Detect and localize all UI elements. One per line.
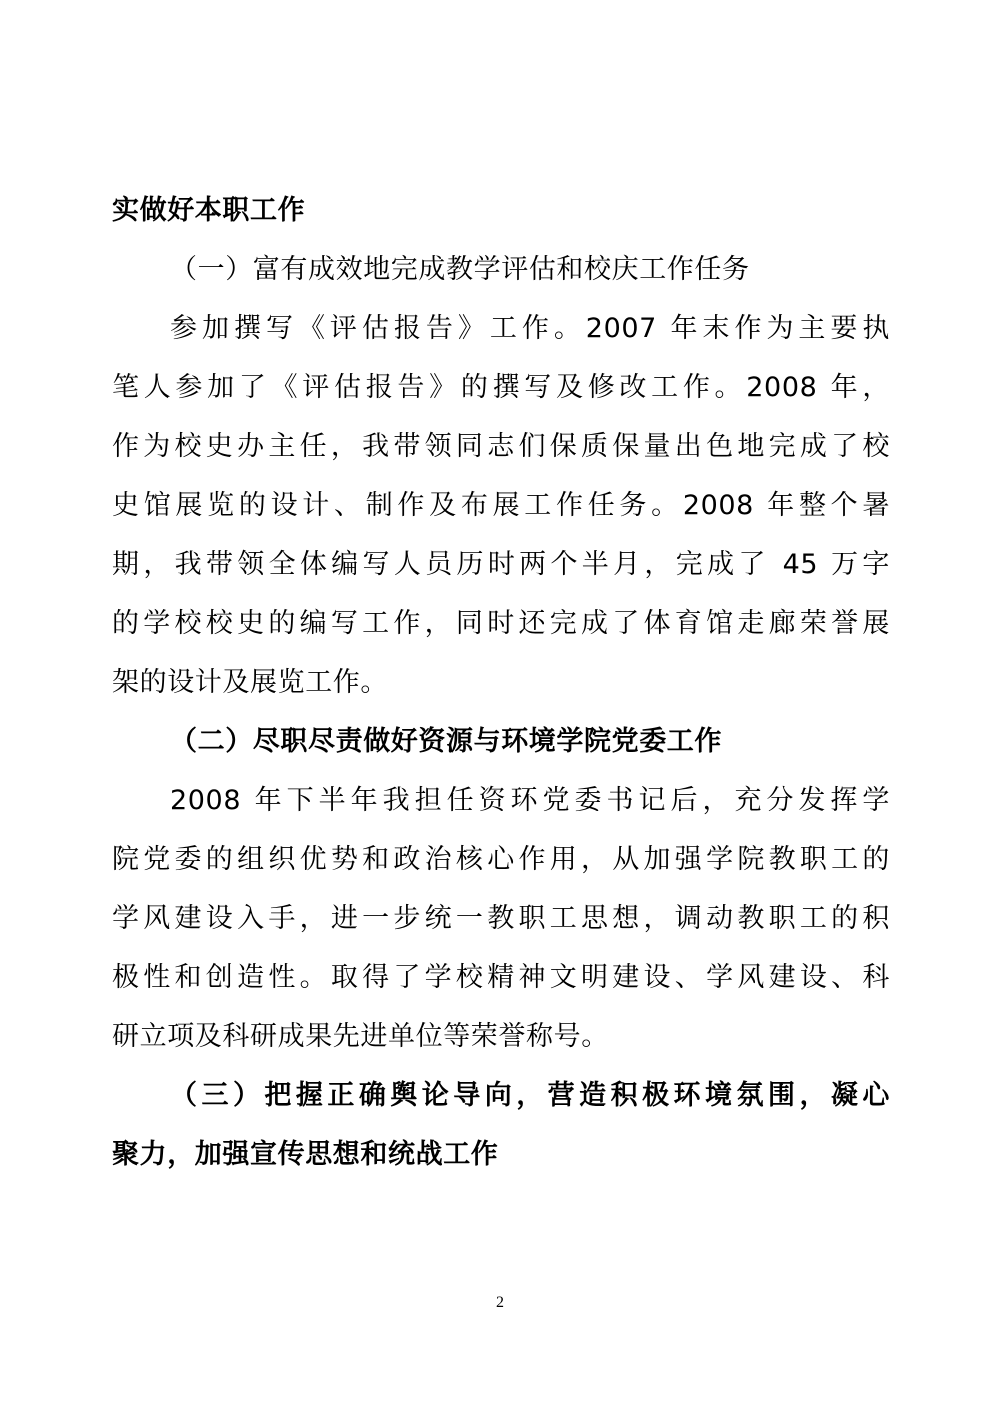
paragraph-2-line-3: 学风建设入手，进一步统一教职工思想，调动教职工的积 [112,895,890,954]
subsection-heading-1: （一）富有成效地完成教学评估和校庆工作任务 [112,246,890,305]
paragraph-1-line-1: 参加撰写《评估报告》工作。2007 年末作为主要执 [112,305,890,364]
paragraph-1-line-4: 史馆展览的设计、制作及布展工作任务。2008 年整个暑 [112,482,890,541]
paragraph-2-line-1: 2008 年下半年我担任资环党委书记后，充分发挥学 [112,777,890,836]
paragraph-1-line-7: 架的设计及展览工作。 [112,659,890,718]
paragraph-1-line-6: 的学校校史的编写工作，同时还完成了体育馆走廊荣誉展 [112,600,890,659]
paragraph-1-line-5: 期，我带领全体编写人员历时两个半月，完成了 45 万字 [112,541,890,600]
subsection-heading-2: （二）尽职尽责做好资源与环境学院党委工作 [112,718,890,777]
subsection-heading-3-line-1: （三）把握正确舆论导向，营造积极环境氛围，凝心 [112,1072,890,1131]
page-number: 2 [0,1294,1000,1312]
paragraph-2-line-5: 研立项及科研成果先进单位等荣誉称号。 [112,1013,890,1072]
paragraph-1-line-2: 笔人参加了《评估报告》的撰写及修改工作。2008 年， [112,364,890,423]
paragraph-1-line-3: 作为校史办主任，我带领同志们保质保量出色地完成了校 [112,423,890,482]
section-continuation-heading: 实做好本职工作 [112,187,890,246]
paragraph-2-line-2: 院党委的组织优势和政治核心作用，从加强学院教职工的 [112,836,890,895]
subsection-heading-3-line-2: 聚力，加强宣传思想和统战工作 [112,1131,890,1190]
paragraph-2-line-4: 极性和创造性。取得了学校精神文明建设、学风建设、科 [112,954,890,1013]
document-page: 实做好本职工作 （一）富有成效地完成教学评估和校庆工作任务 参加撰写《评估报告》… [112,187,890,1190]
